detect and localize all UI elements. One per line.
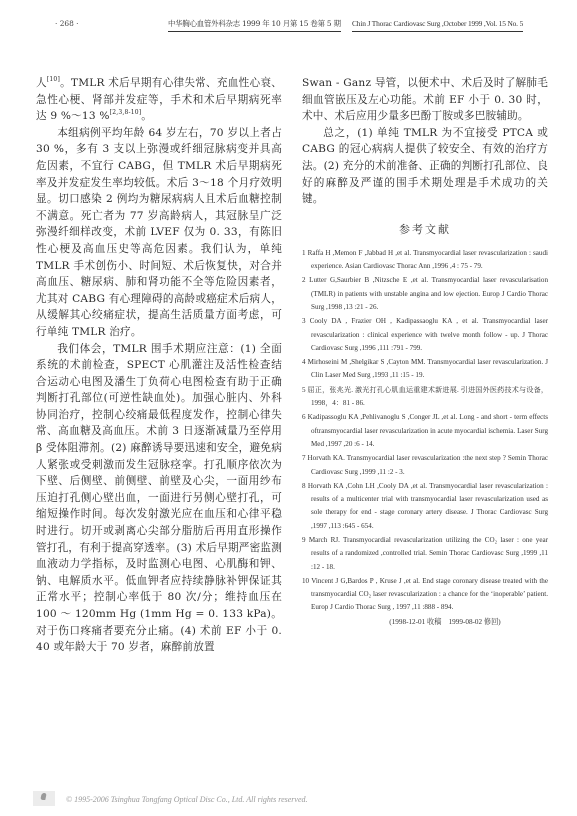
text-run: 。 bbox=[141, 110, 152, 122]
citation: [10] bbox=[47, 76, 60, 83]
reference-item: 9 March RJ. Transmyocardial revasculariz… bbox=[302, 534, 548, 574]
paragraph-swan-ganz: Swan - Ganz 导管，以便术中、术后及时了解肺毛细血管嵌压及左心功能。术… bbox=[302, 75, 548, 125]
journal-title-en: Chin J Thorac Cardiovasc Surg ,October 1… bbox=[352, 17, 523, 32]
reference-item: 7 Horvath KA. Transmyocardial laser reva… bbox=[302, 452, 548, 479]
reference-item: 8 Horvath KA ,Cohn LH ,Cooly DA ,et al. … bbox=[302, 480, 548, 533]
text-run: 。TMLR 术后早期有心律失常、充血性心衰、急性心梗、肾部并发症等，手术和术后早… bbox=[36, 77, 282, 122]
reference-list: 1 Raffa H ,Memon F ,Jabbad H ,et al. Tra… bbox=[302, 247, 548, 615]
running-header: · 268 · 中华胸心血管外科杂志 1999 年 10 月第 15 卷第 5 … bbox=[55, 17, 545, 31]
text-run: 人 bbox=[36, 77, 47, 89]
received-dates: (1998-12-01 收稿 1999-08-02 修回) bbox=[302, 617, 548, 627]
copyright-notice: © 1995-2006 Tsinghua Tongfang Optical Di… bbox=[66, 795, 308, 804]
right-column: Swan - Ganz 导管，以便术中、术后及时了解肺毛细血管嵌压及左心功能。术… bbox=[302, 75, 548, 627]
reference-item: 2 Lutter G,Saurbier B ,Nitzsche E ,et al… bbox=[302, 274, 548, 314]
paragraph-conclusion: 总之，(1) 单纯 TMLR 为不宜接受 PTCA 或 CABG 的冠心病病人提… bbox=[302, 125, 548, 208]
reference-item: 4 Mirhoseini M ,Shelgikar S ,Cayton MM. … bbox=[302, 356, 548, 383]
journal-title-cn: 中华胸心血管外科杂志 1999 年 10 月第 15 卷第 5 期 bbox=[168, 17, 341, 32]
paragraph-case-group: 本组病例平均年龄 64 岁左右，70 岁以上者占 30 %，多有 3 支以上弥漫… bbox=[36, 125, 282, 341]
reference-item: 1 Raffa H ,Memon F ,Jabbad H ,et al. Tra… bbox=[302, 247, 548, 274]
reference-item: 3 Cooly DA , Frazier OH , Kadipassaoglu … bbox=[302, 315, 548, 355]
citation: [2,3,8-10] bbox=[110, 109, 142, 116]
references-heading: 参考文献 bbox=[302, 221, 548, 237]
reference-item: 6 Kadipassoglu KA ,Pehlivanoglu S ,Conge… bbox=[302, 411, 548, 451]
reference-item: 5 屈正，张兆光. 激光打孔心肌血运重建术新进展. 引进国外医药技术与设备，19… bbox=[302, 384, 548, 411]
left-column: 人[10]。TMLR 术后早期有心律失常、充血性心衰、急性心梗、肾部并发症等，手… bbox=[36, 75, 282, 656]
page-number: · 268 · bbox=[55, 17, 79, 31]
publisher-logo-icon bbox=[33, 791, 55, 806]
paragraph-perioperative: 我们体会，TMLR 围手术期应注意：(1) 全面系统的术前检查，SPECT 心肌… bbox=[36, 341, 282, 656]
reference-item: 10 Vincent J G,Bardos P , Kruse J ,et al… bbox=[302, 575, 548, 615]
paragraph-complications: 人[10]。TMLR 术后早期有心律失常、充血性心衰、急性心梗、肾部并发症等，手… bbox=[36, 75, 282, 125]
